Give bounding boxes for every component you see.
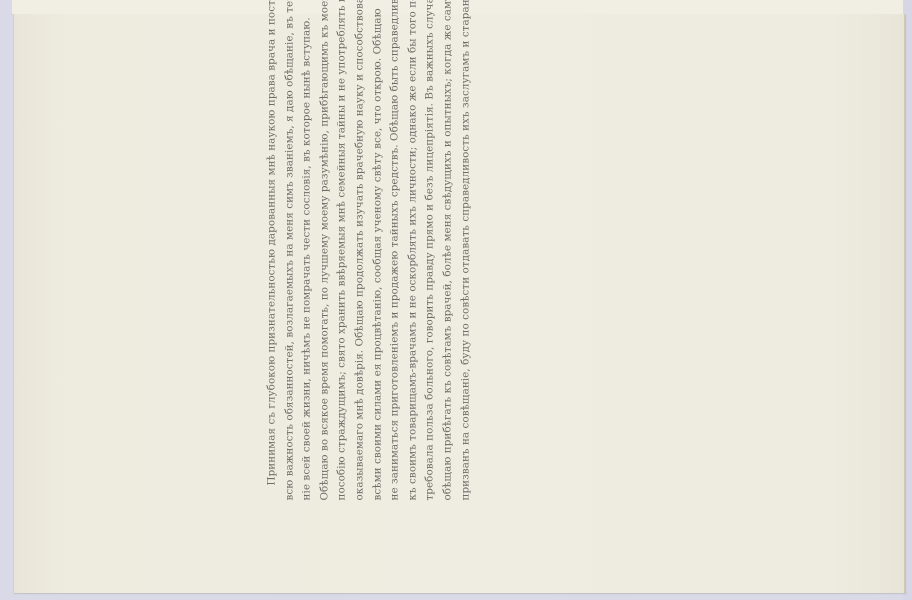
oath-line-11: обѣщаю прибѣгать къ совѣтамъ врачей, бол… (439, 86, 457, 501)
document-page: Принимая съ глубокою признательностью да… (13, 14, 905, 593)
oath-line-8: не заниматься приготовленіемъ и продажею… (386, 86, 404, 501)
oath-line-4: Обѣщаю во всякое время помогать, по лучш… (316, 86, 334, 501)
oath-text-block: Принимая съ глубокою признательностью да… (263, 86, 475, 501)
oath-line-2: всю важность обязанностей, возлагаемыхъ … (281, 86, 299, 501)
oath-line-9: къ своимъ товарищамъ-врачамъ и не оскорб… (404, 86, 422, 501)
oath-line-10: требовала польза больного, говорить прав… (421, 86, 439, 501)
oath-line-12: призванъ на совѣщаніе, буду по совѣсти о… (457, 89, 475, 501)
oath-line-3: ніе всей своей жизни, ничѣмъ не помрачат… (298, 86, 316, 501)
underlying-page-edge (12, 0, 903, 15)
oath-line-7: всѣми своими силами ея процвѣтанію, сооб… (369, 86, 387, 501)
oath-line-1: Принимая съ глубокою признательностью да… (263, 86, 281, 501)
oath-line-5: пособію страждущимъ; свято хранить ввѣря… (333, 86, 351, 501)
oath-line-6: оказываемаго мнѣ довѣрія. Обѣщаю продолж… (351, 86, 369, 501)
